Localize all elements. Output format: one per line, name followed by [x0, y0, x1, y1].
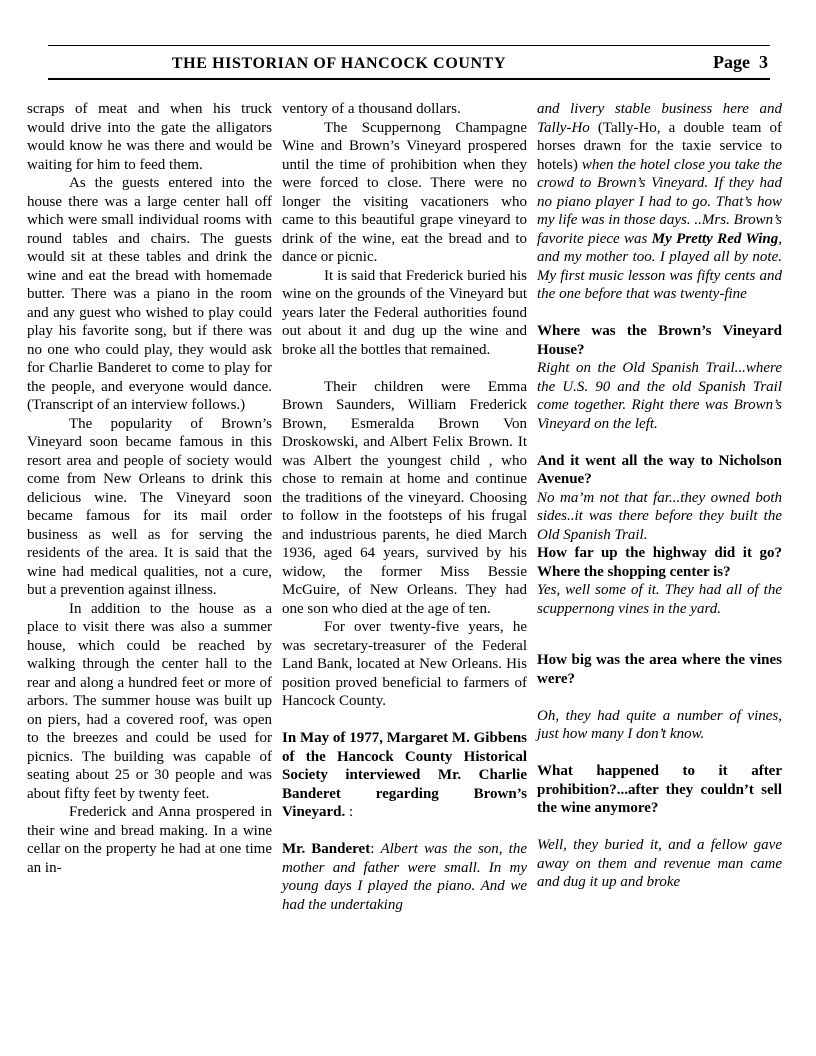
newsletter-page: THE HISTORIAN OF HANCOCK COUNTY Page 3 s… — [0, 0, 816, 1056]
paragraph: No ma’m not that far...they owned both s… — [537, 489, 782, 545]
text-run: : — [370, 841, 380, 857]
text-run: It is said that Frederick buried his win… — [282, 268, 527, 358]
paragraph: Right on the Old Spanish Trail...where t… — [537, 359, 782, 433]
text-run: Right on the Old Spanish Trail...where t… — [537, 360, 782, 432]
text-run: Where was the Brown’s Vineyard House? — [537, 323, 782, 358]
text-run: In addition to the house as a place to v… — [27, 601, 272, 802]
paragraph: The Scuppernong Champagne Wine and Brown… — [282, 119, 527, 267]
paragraph: Well, they buried it, and a fellow gave … — [537, 836, 782, 892]
paragraph: scraps of meat and when his truck would … — [27, 100, 272, 174]
text-run: Oh, they had quite a number of vines, ju… — [537, 708, 782, 743]
text-run: The Scuppernong Champagne Wine and Brown… — [282, 120, 527, 266]
text-run: scraps of meat and when his truck would … — [27, 101, 272, 173]
question-heading: And it went all the way to Nicholson Ave… — [537, 452, 782, 489]
text-run: Their children were Emma Brown Saunders,… — [282, 379, 527, 617]
text-run: Frederick and Anna prospered in their wi… — [27, 804, 272, 876]
text-run: My Pretty Red Wing — [652, 231, 778, 247]
text-run: The popularity of Brown’s Vineyard soon … — [27, 416, 272, 599]
header-row: THE HISTORIAN OF HANCOCK COUNTY Page 3 — [48, 46, 770, 78]
paragraph: The popularity of Brown’s Vineyard soon … — [27, 415, 272, 600]
text-run: No ma’m not that far...they owned both s… — [537, 490, 782, 543]
paragraph: Their children were Emma Brown Saunders,… — [282, 378, 527, 619]
paragraph: In May of 1977, Margaret M. Gibbens of t… — [282, 729, 527, 822]
column-2: ventory of a thousand dollars.The Scuppe… — [282, 100, 527, 914]
paragraph: For over twenty-five years, he was secre… — [282, 618, 527, 711]
page-header: THE HISTORIAN OF HANCOCK COUNTY Page 3 — [48, 45, 770, 80]
text-run: How far up the highway did it go? Where … — [537, 545, 782, 580]
question-heading: What happened to it after prohibition?..… — [537, 762, 782, 818]
text-run: In May of 1977, Margaret M. Gibbens of t… — [282, 730, 527, 820]
page-title: THE HISTORIAN OF HANCOCK COUNTY — [50, 55, 713, 73]
text-run: How big was the area where the vines wer… — [537, 652, 782, 687]
question-heading: How big was the area where the vines wer… — [537, 651, 782, 688]
text-run: And it went all the way to Nicholson Ave… — [537, 453, 782, 488]
page-number: Page 3 — [713, 52, 768, 73]
paragraph: Yes, well some of it. They had all of th… — [537, 581, 782, 618]
column-3: and livery stable business here and Tall… — [537, 100, 782, 914]
paragraph: and livery stable business here and Tall… — [537, 100, 782, 304]
paragraph: In addition to the house as a place to v… — [27, 600, 272, 804]
text-run: As the guests entered into the house the… — [27, 175, 272, 413]
text-run: For over twenty-five years, he was secre… — [282, 619, 527, 709]
column-1: scraps of meat and when his truck would … — [27, 100, 272, 914]
question-heading: How far up the highway did it go? Where … — [537, 544, 782, 581]
text-run: Well, they buried it, and a fellow gave … — [537, 837, 782, 890]
question-heading: Where was the Brown’s Vineyard House? — [537, 322, 782, 359]
paragraph: As the guests entered into the house the… — [27, 174, 272, 415]
text-run: ventory of a thousand dollars. — [282, 101, 461, 117]
paragraph: Frederick and Anna prospered in their wi… — [27, 803, 272, 877]
paragraph: Mr. Banderet: Albert was the son, the mo… — [282, 840, 527, 914]
paragraph: Oh, they had quite a number of vines, ju… — [537, 707, 782, 744]
text-run: Mr. Banderet — [282, 841, 370, 857]
header-rule-bottom — [48, 78, 770, 80]
text-run: : — [345, 804, 353, 820]
article-columns: scraps of meat and when his truck would … — [27, 100, 782, 914]
text-run: Yes, well some of it. They had all of th… — [537, 582, 782, 617]
paragraph: It is said that Frederick buried his win… — [282, 267, 527, 360]
paragraph: ventory of a thousand dollars. — [282, 100, 527, 119]
text-run: What happened to it after prohibition?..… — [537, 763, 782, 816]
